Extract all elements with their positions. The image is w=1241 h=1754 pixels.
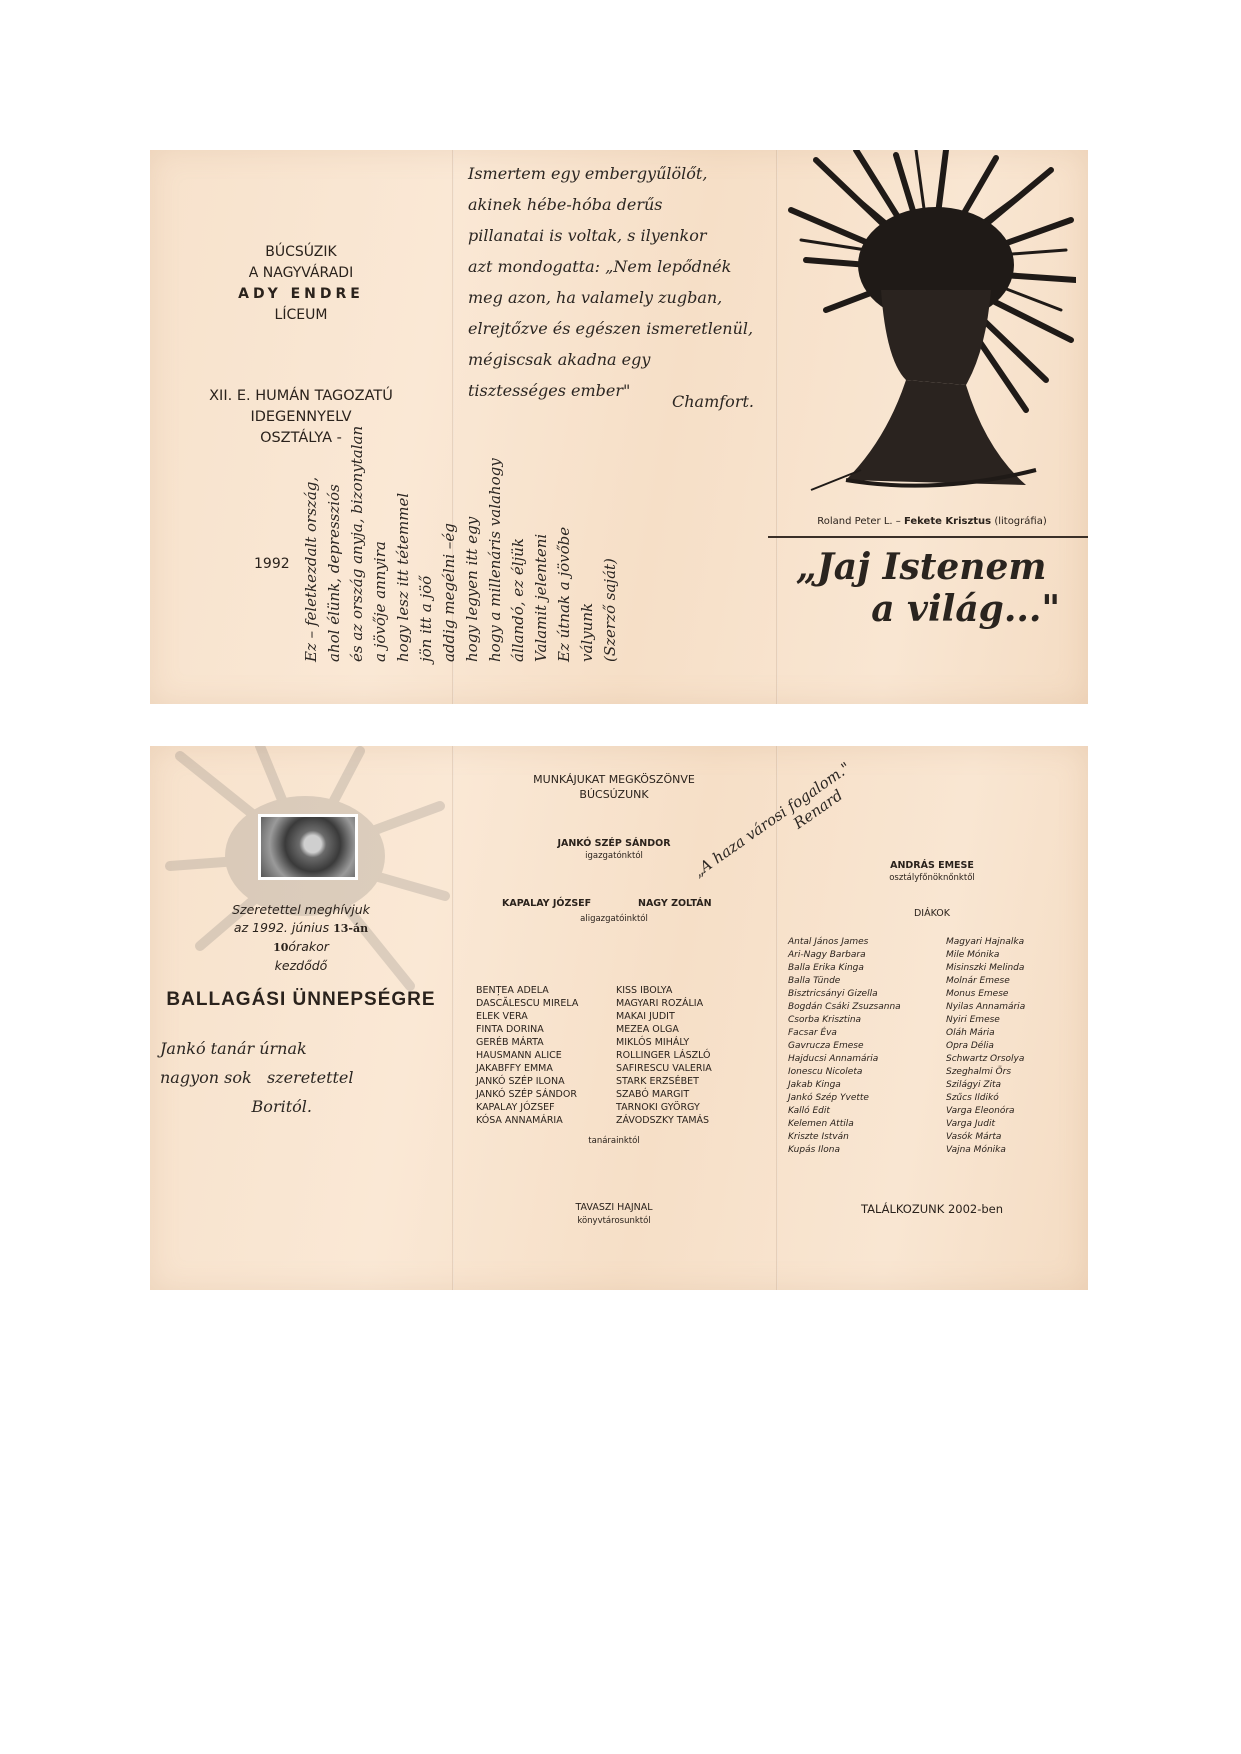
invitation-outer-spread: BÚCSÚZIK A NAGYVÁRADI ADY ENDRE LÍCEUM X… [150,150,1088,704]
teacher-name: JANKÓ SZÉP ILONA [476,1075,578,1088]
student-name: Csorba Krisztina [788,1014,901,1027]
teacher-name: MAKAI JUDIT [616,1010,712,1023]
handwritten-dedication: Jankó tanár úrnak nagyon sok szeretettel… [160,1034,354,1121]
student-name: Schwartz Orsolya [946,1053,1025,1066]
student-name: Bogdán Csáki Zsuzsanna [788,1001,901,1014]
divider-line [768,536,1088,538]
student-name: Szűcs Ildikó [946,1092,1025,1105]
student-name: Facsar Éva [788,1027,901,1040]
teacher-name: ELEK VERA [476,1010,578,1023]
student-name: Magyari Hajnalka [946,936,1025,949]
teacher-name: MEZEA OLGA [616,1023,712,1036]
quote-author: Chamfort. [672,392,754,411]
student-name: Ari-Nagy Barbara [788,949,901,962]
teacher-name: SZABÓ MARGIT [616,1088,712,1101]
black-christ-lithograph-image [786,150,1076,508]
student-name: Ionescu Nicoleta [788,1066,901,1079]
caption-medium: (litográfia) [994,516,1046,527]
teacher-name: KISS IBOLYA [616,984,712,997]
students-panel: ANDRÁS EMESE osztályfőnöknőnktől DIÁKOK … [776,746,1088,1290]
teacher-name: HAUSMANN ALICE [476,1049,578,1062]
thanks-panel: MUNKÁJUKAT MEGKÖSZÖNVE BÚCSÚZUNK JANKÓ S… [452,746,776,1290]
quote-panel: Ismertem egy embergyűlölőt, akinek hébe-… [452,150,776,704]
handwritten-title: „Jaj Istenem a világ..." [796,546,1060,630]
thanks-line: BÚCSÚZUNK [452,787,776,802]
student-name: Kelemen Attila [788,1118,901,1131]
teacher-name: DASCĂLESCU MIRELA [476,997,578,1010]
student-name: Hajducsi Annamária [788,1053,901,1066]
student-name: Balla Erika Kinga [788,962,901,975]
student-name: Jakab Kinga [788,1079,901,1092]
student-name: Kriszte István [788,1131,901,1144]
teacher-name: ROLLINGER LÁSZLÓ [616,1049,712,1062]
student-name: Nyiri Emese [946,1014,1025,1027]
student-name: Molnár Emese [946,975,1025,988]
student-name: Varga Eleonóra [946,1105,1025,1118]
teacher-name: MIKLÓS MIHÁLY [616,1036,712,1049]
invitation-line: órakor [288,939,328,954]
teacher-name: JAKABFFY EMMA [476,1062,578,1075]
teachers-role: tanárainktól [452,1136,776,1146]
ceremony-headline: BALLAGÁSI ÜNNEPSÉGRE [150,989,452,1011]
librarian-role: könyvtárosunktól [452,1216,776,1226]
handwritten-quote: Ismertem egy embergyűlölőt, akinek hébe-… [468,158,772,406]
student-name: Szilágyi Zita [946,1079,1025,1092]
librarian-name: TAVASZI HAJNAL [452,1202,776,1213]
artwork-caption: Roland Peter L. – Fekete Krisztus (litog… [776,516,1088,527]
teachers-list-col1: BENȚEA ADELADASCĂLESCU MIRELAELEK VERAFI… [476,984,578,1127]
student-name: Nyilas Annamária [946,1001,1025,1014]
handwritten-date: 13-án [333,922,368,935]
year-label: 1992 [254,556,290,572]
student-name: Kalló Edit [788,1105,901,1118]
student-name: Kupás Ilona [788,1144,901,1157]
student-name: Varga Judit [946,1118,1025,1131]
student-name: Szeghalmi Örs [946,1066,1025,1079]
teacher-name: STARK ERZSÉBET [616,1075,712,1088]
artwork-panel: Roland Peter L. – Fekete Krisztus (litog… [776,150,1088,704]
student-name: Balla Tünde [788,975,901,988]
teacher-name: GERÉB MÁRTA [476,1036,578,1049]
teacher-name: SAFIRESCU VALERIA [616,1062,712,1075]
teacher-name: ZÁVODSZKY TAMÁS [616,1114,712,1127]
invitation-text: Szeretettel meghívjuk az 1992. június 13… [150,901,452,975]
teacher-name: MAGYARI ROZÁLIA [616,997,712,1010]
teachers-list-col2: KISS IBOLYAMAGYARI ROZÁLIAMAKAI JUDITMEZ… [616,984,712,1127]
teacher-name: KAPALAY JÓZSEF [476,1101,578,1114]
student-name: Mile Mónika [946,949,1025,962]
invitation-line: az 1992. június [234,920,329,935]
invitation-line: kezdődő [150,957,452,975]
vice-principal-name: KAPALAY JÓZSEF [502,898,591,909]
student-name: Oláh Mária [946,1027,1025,1040]
head-teacher-role: osztályfőnöknőnktől [776,873,1088,883]
student-name: Misinszki Melinda [946,962,1025,975]
reunion-note: TALÁLKOZUNK 2002-ben [776,1202,1088,1216]
student-name: Jankó Szép Yvette [788,1092,901,1105]
students-list-col1: Antal János JamesAri-Nagy BarbaraBalla E… [788,936,901,1157]
teacher-name: BENȚEA ADELA [476,984,578,997]
thanks-line: MUNKÁJUKAT MEGKÖSZÖNVE [452,772,776,787]
teacher-name: KÓSA ANNAMÁRIA [476,1114,578,1127]
student-name: Monus Emese [946,988,1025,1001]
vice-principal-role: aligazgatóinktól [452,914,776,924]
handwritten-hour: 10 [273,941,288,954]
vice-principal-name: NAGY ZOLTÁN [638,898,712,909]
caption-title: Fekete Krisztus [904,516,991,527]
students-list-col2: Magyari HajnalkaMile MónikaMisinszki Mel… [946,936,1025,1157]
student-name: Antal János James [788,936,901,949]
invitation-inner-spread: Szeretettel meghívjuk az 1992. június 13… [150,746,1088,1290]
teacher-name: TARNOKI GYÖRGY [616,1101,712,1114]
students-label: DIÁKOK [776,908,1088,919]
vertical-handwritten-note: Ez – feletkezdalt ország, ahol élünk, de… [300,150,450,662]
student-name: Gavrucza Emese [788,1040,901,1053]
caption-artist: Roland Peter L. – [817,516,901,527]
head-teacher: ANDRÁS EMESE osztályfőnöknőnktől [776,860,1088,883]
student-name: Bisztricsányi Gizella [788,988,901,1001]
teacher-name: JANKÓ SZÉP SÁNDOR [476,1088,578,1101]
thanks-heading: MUNKÁJUKAT MEGKÖSZÖNVE BÚCSÚZUNK [452,772,776,802]
student-name: Opra Délia [946,1040,1025,1053]
student-name: Vajna Mónika [946,1144,1025,1157]
portrait-photo [258,814,358,880]
student-name: Vasók Márta [946,1131,1025,1144]
invitation-panel: Szeretettel meghívjuk az 1992. június 13… [150,746,452,1290]
teacher-name: FINTA DORINA [476,1023,578,1036]
invitation-line: Szeretettel meghívjuk [150,901,452,919]
head-teacher-name: ANDRÁS EMESE [776,860,1088,871]
